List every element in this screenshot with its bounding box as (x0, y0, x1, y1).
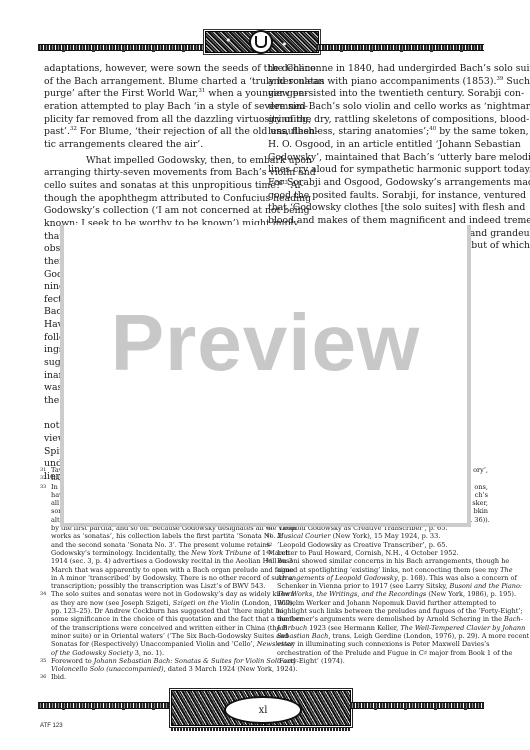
text-span: by the same token, (436, 126, 528, 137)
text-line: view persisted into the twentieth centur… (268, 88, 486, 101)
page-number: xl (259, 705, 268, 716)
text-line: eration attempted to play Bach ‘in a sty… (44, 101, 259, 114)
preview-watermark: Preview (64, 297, 467, 389)
ornament-medallion-icon (249, 30, 273, 54)
text-line: that ‘Godowsky clothes [the solo suites]… (268, 202, 486, 215)
document-page: adaptations, however, were sown the seed… (0, 0, 530, 750)
ornament-rule-left (38, 702, 172, 709)
text-span: aimed at spotlighting ‘existing’ links, … (277, 566, 500, 574)
text-line: grinning, dry, rattling skeletons of com… (268, 114, 486, 127)
text-span: Schenker in Vienna prior to 1917 (see La… (277, 582, 449, 590)
ornament-fringe (171, 728, 351, 731)
ornament-rule-right (350, 702, 484, 709)
footnote-line: Wilhelm Werker and Johann Nepomuk David … (277, 599, 488, 607)
text-span: Sonatas for (Respectively) Unaccompanied… (51, 640, 257, 648)
footnote-line: Sebastian Bach, trans. Leigh Gerdine (Lo… (277, 632, 488, 640)
footnote-line: Foreword to Johann Sebastian Bach: Sonat… (51, 657, 260, 665)
italic-title: The Works, the Writings, and the Recordi… (277, 590, 426, 598)
footnote-number: 33 (40, 483, 46, 491)
text-span: Godowsky’s terminology. Incidentally, th… (51, 549, 189, 557)
text-span: , dated 3 March 1924 (New York, 1924). (164, 665, 298, 673)
italic-title: Violoncello Solo (unaccompanied) (51, 665, 164, 673)
footnote-line: of the transcriptions were conceived and… (51, 624, 260, 632)
text-span: the former’s arguments were demolished b… (277, 615, 504, 623)
preview-overlay: Preview (60, 225, 471, 527)
footnote-line: The solo suites and sonatas were not in … (51, 590, 260, 598)
text-span: lines cry aloud for sympathetic harmonic… (268, 164, 530, 175)
footnote-line: orchestration of the Prelude and Fugue i… (277, 649, 488, 657)
footnote-number: 41 (266, 532, 272, 540)
text-span: cello suites and sonatas at this unpropi… (44, 180, 281, 191)
text-line: lines cry aloud for sympathetic harmonic… (268, 164, 486, 177)
text-span: , p. 168). This was also a concern of (398, 574, 517, 582)
footnote-line: pp. 123–25). Dr Andrew Cockburn has sugg… (51, 607, 260, 615)
footnote-ref[interactable]: 32 (70, 126, 77, 132)
text-line: past’.32 For Blume, ‘their rejection of … (44, 126, 259, 139)
italic-title: Szigeti on the Violin (173, 599, 240, 607)
italic-title: of the Godowsky Society (51, 649, 133, 657)
catalog-code: ATF 123 (40, 723, 63, 729)
footnote-number: 42 (266, 541, 272, 549)
text-line: and sonatas with piano accompaniments (1… (268, 76, 486, 89)
footnote-line: highlight such links between the prelude… (277, 607, 488, 615)
footnote-34: 34 The solo suites and sonatas were not … (40, 590, 260, 656)
footnote-line: The Works, the Writings, and the Recordi… (277, 590, 488, 598)
italic-title: Musical Courier (277, 532, 331, 540)
text-span: less, fleshless, staring anatomies’; (268, 126, 429, 137)
text-line: good the posited faults. Sorabji, for in… (268, 190, 486, 203)
text-line: though the apophthegm attributed to Conf… (44, 193, 259, 206)
footnote-number: 36 (40, 673, 46, 681)
page-number-cartouche: xl (171, 690, 351, 726)
footnote-41: 41Musical Courier (New York), 15 May 192… (266, 532, 488, 540)
text-span: as they are now (see Joseph Szigeti, (51, 599, 173, 607)
text-line: arranging thirty-seven movements from Ba… (44, 167, 259, 180)
footnote-line: Godowsky’s terminology. Incidentally, th… (51, 549, 260, 557)
footnote-line: Arrangements of Leopold Godowsky, p. 168… (277, 574, 488, 582)
footnote-line: Jahrbuch 1923 (see Hermann Keller, The W… (277, 624, 488, 632)
italic-title: Sebastian Bach (277, 632, 328, 640)
text-span: Such a (503, 76, 530, 87)
footnote-number: 32 (40, 474, 46, 482)
footnote-line: ‘Forty-Eight’ (1974). (277, 657, 488, 665)
footnote-line: works as ‘sonatas’, his collection label… (51, 532, 260, 540)
footnote-44: 44 Busoni showed similar concerns in his… (266, 557, 488, 665)
text-span: 1923 (see Hermann Keller, (307, 624, 400, 632)
footnote-line: March that was apparently to open with a… (51, 566, 260, 574)
footnote-line: Sonatas for (Respectively) Unaccompanied… (51, 640, 260, 648)
footnote-line: of the Godowsky Society 3, no. 1). (51, 649, 260, 657)
footnote-number: 44 (266, 557, 272, 565)
footnote-number: 35 (40, 657, 46, 665)
footnote-text: ‘Leopold Godowsky as Creative Transcribe… (277, 541, 447, 549)
text-span: past’. (44, 126, 70, 137)
footnote-line: essay in illuminating such connexions is… (277, 640, 488, 648)
ornament-rule-right (316, 44, 484, 51)
text-line: of the Bach arrangement. Blume charted a… (44, 76, 259, 89)
footnote-line: Violoncello Solo (unaccompanied), dated … (51, 665, 260, 673)
footnote-line: in A minor ‘transcribed’ by Godowsky. Th… (51, 574, 260, 582)
text-line: plicity far removed from all the dazzlin… (44, 114, 259, 127)
footnote-line: minor suite) or in Oriental waters’ (‘Th… (51, 632, 260, 640)
page-number-oval: xl (224, 696, 302, 724)
footnote-text: (New York), 15 May 1924, p. 33. (331, 532, 441, 540)
ornament-rule-left (38, 44, 206, 51)
footnote-43: 43Letter to Paul Howard, Cornish, N.H., … (266, 549, 488, 557)
text-line: Godowsky’, maintained that Bach’s ‘utter… (268, 152, 486, 165)
footnote-35: 35 Foreword to Johann Sebastian Bach: So… (40, 657, 260, 674)
text-span: 3, no. 1). (133, 649, 164, 657)
text-line: H. O. Osgood, in an article entitled ‘Jo… (268, 139, 486, 152)
footnote-line: and the second sonata ‘Sonata No. 3’. Th… (51, 541, 260, 549)
footnote-line: as they are now (see Joseph Szigeti, Szi… (51, 599, 260, 607)
footnote-line: some significance in the choice of this … (51, 615, 260, 623)
text-line: Godowsky’s collection (‘I am not concern… (44, 205, 259, 218)
text-span: and sonatas with piano accompaniments (1… (268, 76, 496, 87)
italic-title: Busoni and the Piano: (449, 582, 522, 590)
text-span: (New York, 1986), p. 195). (426, 590, 516, 598)
text-line: cello suites and sonatas at this unpropi… (44, 180, 259, 193)
header-ornament (38, 26, 484, 56)
italic-title: The Well-Tempered Clavier by Johann (400, 624, 525, 632)
footnote-line: 1914 (sec. 3, p. 4) advertises a Godowsk… (51, 557, 260, 565)
paragraph-blume: adaptations, however, were sown the seed… (44, 63, 259, 152)
text-span: purge’ after the First World War, (44, 88, 198, 99)
footnote-number: 43 (266, 549, 272, 557)
italic-title: Jahrbuch (277, 624, 307, 632)
footnote-line: Schenker in Vienna prior to 1917 (see La… (277, 582, 488, 590)
text-span: , trans. Leigh Gerdine (London, 1976), p… (328, 632, 529, 640)
footnote-line: aimed at spotlighting ‘existing’ links, … (277, 566, 488, 574)
italic-title: The (500, 566, 512, 574)
italic-title: Arrangements of Leopold Godowsky (277, 574, 398, 582)
text-line: adaptations, however, were sown the seed… (44, 63, 259, 76)
text-line: demned Bach’s solo violin and cello work… (268, 101, 486, 114)
footnote-42: 42‘Leopold Godowsky as Creative Transcri… (266, 541, 488, 549)
italic-title: Bach- (504, 615, 523, 623)
footnote-number: 34 (40, 590, 46, 598)
text-line: less, fleshless, staring anatomies’;40 b… (268, 126, 486, 139)
italic-title: New York Tribune (191, 549, 251, 557)
footnote-text: Letter to Paul Howard, Cornish, N.H., 4 … (277, 549, 459, 557)
text-line: tic arrangements cleared the air’. (44, 139, 259, 152)
footnote-line: Busoni showed similar concerns in his Ba… (277, 557, 488, 565)
text-line: purge’ after the First World War,31 when… (44, 88, 259, 101)
footnote-36: 36Ibid. (40, 673, 260, 681)
text-span: Foreword to (51, 657, 94, 665)
footnote-number: 31 (40, 466, 46, 474)
text-line: What impelled Godowsky, then, to embark … (44, 155, 259, 168)
footnote-text: Ibid. (51, 673, 66, 681)
text-line: For Sorabji and Osgood, Godowsky’s arran… (268, 177, 486, 190)
text-line: the Chaconne in 1840, had undergirded Ba… (268, 63, 486, 76)
footnote-line: the former’s arguments were demolished b… (277, 615, 488, 623)
footer-ornament: xl (38, 690, 484, 730)
footnote-line: transcription; possibly the transcriptio… (51, 582, 260, 590)
